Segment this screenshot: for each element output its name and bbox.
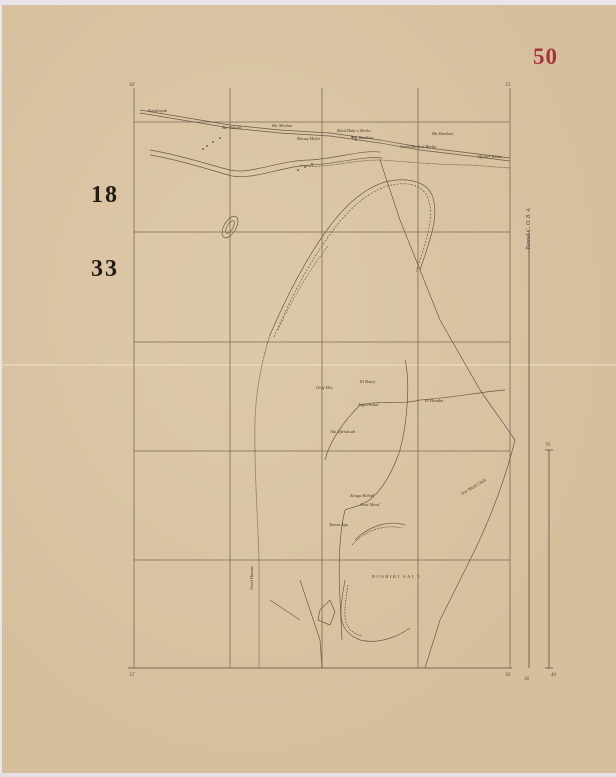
map-drawing: 30' 15' 15' 30' (0, 0, 616, 777)
coastal-track (202, 136, 357, 171)
svg-text:38: 38 (524, 677, 530, 682)
western-boundary (255, 335, 270, 668)
svg-text:Aiguehchal: Aiguehchal (357, 402, 379, 407)
svg-text:15': 15' (505, 83, 511, 88)
svg-text:El Hamba: El Hamba (424, 398, 444, 403)
map-labels: Kasthuyah Bir Tobchi Bir Mrahat Baraq Me… (147, 108, 532, 590)
svg-text:Bord Bala o Berka: Bord Bala o Berka (337, 128, 371, 133)
escarpment (219, 180, 435, 337)
svg-text:Ain Djendoub: Ain Djendoub (329, 429, 356, 434)
scale-bars (529, 230, 553, 668)
corner-labels: 30' 15' 15' 30' (129, 83, 511, 678)
svg-text:30': 30' (129, 83, 135, 88)
svg-text:Gast Mesd: Gast Mesd (360, 502, 380, 507)
svg-text:BOSHIRI SAI 5: BOSHIRI SAI 5 (372, 574, 421, 579)
map-grid (128, 88, 512, 668)
svg-text:El Bourj: El Bourj (359, 379, 376, 384)
svg-text:Bir Bardoui: Bir Bardoui (432, 131, 454, 136)
coastline (140, 110, 510, 177)
svg-text:15': 15' (129, 673, 135, 678)
interior-routes (270, 160, 515, 668)
svg-text:Djebel Tebba: Djebel Tebba (477, 154, 503, 159)
svg-text:Graf Hes: Graf Hes (316, 385, 333, 390)
svg-text:Tenua Aga: Tenua Aga (329, 522, 349, 527)
svg-text:Gelal Bord el Berka: Gelal Bord el Berka (400, 144, 437, 149)
svg-text:Sou Mark Cheh: Sou Mark Cheh (460, 477, 488, 496)
svg-text:Baraq Mefta: Baraq Mefta (297, 136, 321, 141)
svg-text:Oued Hamsa: Oued Hamsa (249, 566, 254, 590)
svg-text:Bir Mrahat: Bir Mrahat (272, 123, 293, 128)
svg-text:Tunnel C. O. 8. 4.: Tunnel C. O. 8. 4. (525, 207, 532, 250)
svg-text:Kasthuyah: Kasthuyah (147, 108, 168, 113)
svg-text:40: 40 (551, 673, 557, 678)
svg-text:Bir Tobchi: Bir Tobchi (222, 125, 242, 130)
svg-text:Bir Bardoui: Bir Bardoui (352, 135, 374, 140)
svg-text:Zenga Kebab: Zenga Kebab (350, 493, 375, 498)
svg-text:30': 30' (505, 673, 511, 678)
svg-text:70: 70 (545, 443, 551, 448)
